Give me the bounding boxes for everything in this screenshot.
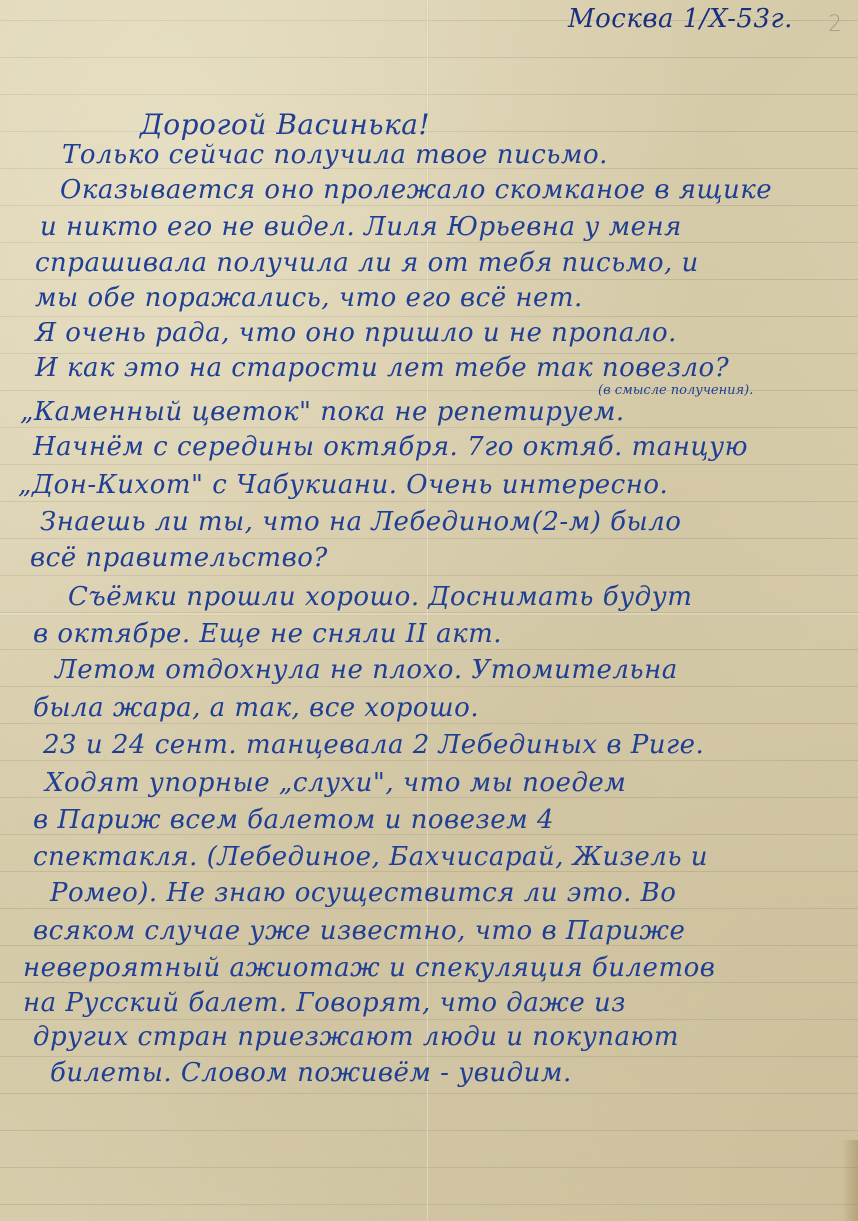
- letter-line: Только сейчас получила твое письмо.: [62, 140, 608, 170]
- letter-line: 23 и 24 сент. танцевала 2 Лебединых в Ри…: [43, 730, 704, 760]
- place-and-date: Москва 1/X-53г.: [568, 4, 793, 34]
- letter-line: „Дон-Кихот" с Чабукиани. Очень интересно…: [18, 470, 668, 500]
- letter-line: в октябре. Еще не сняли II акт.: [33, 619, 502, 649]
- letter-page: Москва 1/X-53г. 2 Дорогой Васинька! Толь…: [0, 0, 858, 1221]
- letter-line: Знаешь ли ты, что на Лебедином(2-м) было: [40, 507, 681, 537]
- letter-line: Ромео). Не знаю осуществится ли это. Во: [50, 878, 676, 908]
- letter-line: Оказывается оно пролежало скомканое в ящ…: [60, 175, 772, 205]
- letter-line: всяком случае уже известно, что в Париже: [33, 916, 685, 946]
- letter-line: Съёмки прошли хорошо. Доснимать будут: [68, 582, 692, 612]
- letter-line: в Париж всем балетом и повезем 4: [33, 805, 554, 835]
- letter-line: билеты. Словом поживём - увидим.: [50, 1058, 572, 1088]
- letter-line: И как это на старости лет тебе так повез…: [35, 353, 729, 383]
- letter-line: спектакля. (Лебединое, Бахчисарай, Жизел…: [33, 842, 708, 872]
- greeting: Дорогой Васинька!: [140, 110, 430, 140]
- page-number: 2: [828, 12, 842, 37]
- letter-line: Я очень рада, что оно пришло и не пропал…: [35, 318, 677, 348]
- letter-line: спрашивала получила ли я от тебя письмо,…: [35, 248, 699, 278]
- letter-line: других стран приезжают люди и покупают: [33, 1022, 679, 1052]
- letter-line: Летом отдохнула не плохо. Утомительна: [55, 655, 678, 685]
- horizontal-fold-crease: [0, 612, 858, 616]
- letter-line: „Каменный цветок" пока не репетируем.: [20, 397, 625, 427]
- letter-line: и никто его не видел. Лиля Юрьевна у мен…: [40, 212, 682, 242]
- paper-edge-stain: [842, 1140, 858, 1221]
- letter-line: Начнём с середины октября. 7го октяб. та…: [33, 432, 748, 462]
- letter-line: Ходят упорные „слухи", что мы поедем: [45, 768, 626, 798]
- margin-annotation: (в смысле получения).: [598, 384, 753, 398]
- letter-line: мы обе поражались, что его всё нет.: [35, 283, 583, 313]
- letter-line: на Русский балет. Говорят, что даже из: [23, 988, 626, 1018]
- letter-line: всё правительство?: [30, 543, 328, 573]
- letter-line: невероятный ажиотаж и спекуляция билетов: [23, 953, 715, 983]
- letter-line: была жара, а так, все хорошо.: [33, 693, 479, 723]
